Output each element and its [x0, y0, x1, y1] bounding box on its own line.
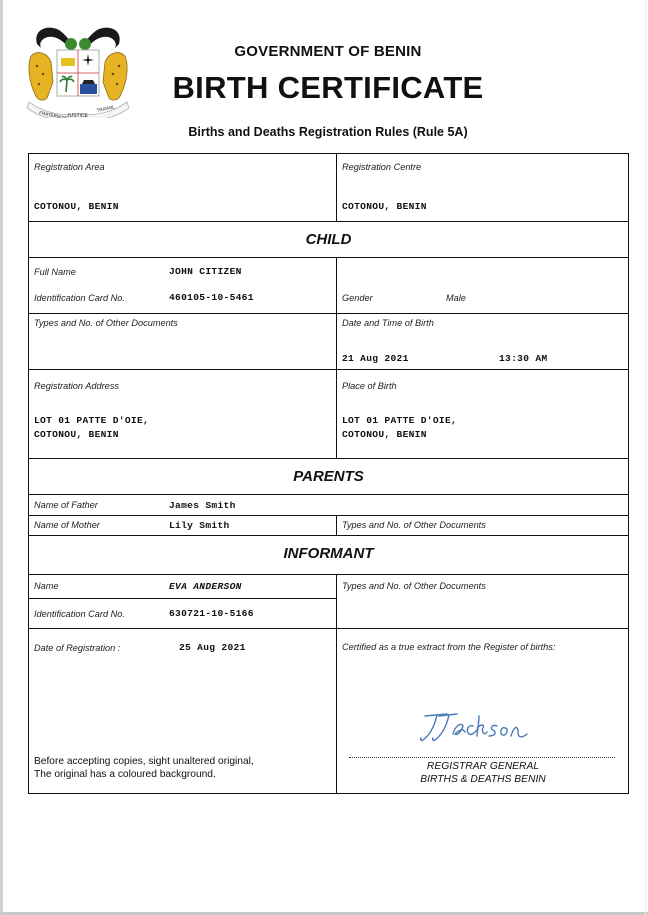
registration-area-value: COTONOU, BENIN — [34, 201, 119, 212]
child-other-documents-label: Types and No. of Other Documents — [34, 318, 178, 328]
parents-other-documents-label: Types and No. of Other Documents — [342, 520, 486, 530]
divider — [29, 515, 628, 516]
time-of-birth-value: 13:30 AM — [499, 353, 547, 364]
section-title-informant: INFORMANT — [29, 545, 628, 562]
svg-text:JUSTICE: JUSTICE — [67, 113, 89, 118]
registration-centre-value: COTONOU, BENIN — [342, 201, 427, 212]
divider — [29, 257, 628, 258]
registration-area-label: Registration Area — [34, 162, 105, 172]
document-subtitle: Births and Deaths Registration Rules (Ru… — [143, 125, 513, 139]
divider — [29, 598, 336, 599]
divider — [29, 535, 628, 536]
benin-coat-of-arms-icon: FRATERNITE JUSTICE TRAVAIL — [25, 22, 131, 118]
original-notice-line1: Before accepting copies, sight unaltered… — [34, 756, 254, 769]
divider — [336, 154, 337, 221]
government-name: GOVERNMENT OF BENIN — [163, 43, 493, 60]
svg-text:FRATERNITE: FRATERNITE — [39, 110, 68, 118]
divider — [29, 369, 628, 370]
original-notice-line2: The original has a coloured background. — [34, 769, 254, 782]
gender-value: Male — [446, 293, 466, 303]
certificate-table: Registration Area COTONOU, BENIN Registr… — [28, 153, 629, 794]
date-time-of-birth-label: Date and Time of Birth — [342, 318, 434, 328]
place-of-birth-line1: LOT 01 PATTE D'OIE, — [342, 415, 457, 426]
child-id-value: 460105-10-5461 — [169, 292, 254, 303]
place-of-birth-label: Place of Birth — [342, 381, 397, 391]
certificate-page: FRATERNITE JUSTICE TRAVAIL GOVERNMENT OF… — [0, 0, 648, 915]
divider — [29, 458, 628, 459]
informant-id-value: 630721-10-5166 — [169, 608, 254, 619]
signature-line — [349, 757, 615, 758]
divider — [336, 515, 337, 535]
full-name-label: Full Name — [34, 267, 76, 277]
mother-name-value: Lily Smith — [169, 520, 230, 531]
informant-name-value: EVA ANDERSON — [169, 581, 242, 592]
divider — [29, 628, 628, 629]
section-title-parents: PARENTS — [29, 468, 628, 485]
divider — [336, 257, 337, 458]
divider — [29, 313, 628, 314]
registration-centre-label: Registration Centre — [342, 162, 421, 172]
child-id-label: Identification Card No. — [34, 293, 125, 303]
document-title: BIRTH CERTIFICATE — [153, 70, 503, 106]
informant-other-documents-label: Types and No. of Other Documents — [342, 581, 486, 591]
date-of-registration-label: Date of Registration : — [34, 643, 120, 653]
registrar-title-line2: BIRTHS & DEATHS BENIN — [342, 774, 624, 787]
registrar-signature — [417, 710, 547, 746]
full-name-value: JOHN CITIZEN — [169, 266, 242, 277]
informant-id-label: Identification Card No. — [34, 609, 125, 619]
certified-text: Certified as a true extract from the Reg… — [342, 642, 555, 652]
section-title-child: CHILD — [29, 231, 628, 248]
father-name-label: Name of Father — [34, 500, 98, 510]
date-of-registration-value: 25 Aug 2021 — [179, 642, 246, 653]
informant-name-label: Name — [34, 581, 59, 591]
registration-address-line1: LOT 01 PATTE D'OIE, — [34, 415, 149, 426]
divider — [29, 574, 628, 575]
registration-address-label: Registration Address — [34, 381, 119, 391]
registrar-title-line1: REGISTRAR GENERAL — [342, 761, 624, 774]
original-notice: Before accepting copies, sight unaltered… — [34, 756, 254, 781]
date-of-birth-value: 21 Aug 2021 — [342, 353, 409, 364]
place-of-birth-line2: COTONOU, BENIN — [342, 429, 427, 440]
divider — [29, 494, 628, 495]
father-name-value: James Smith — [169, 500, 236, 511]
page-edge — [645, 0, 646, 915]
gender-label: Gender — [342, 293, 373, 303]
registrar-title: REGISTRAR GENERAL BIRTHS & DEATHS BENIN — [342, 761, 624, 786]
mother-name-label: Name of Mother — [34, 520, 100, 530]
divider — [29, 221, 628, 222]
registration-address-line2: COTONOU, BENIN — [34, 429, 119, 440]
divider — [336, 574, 337, 794]
